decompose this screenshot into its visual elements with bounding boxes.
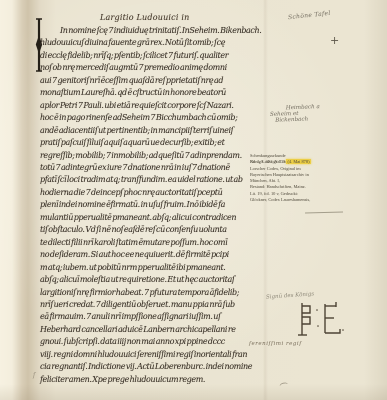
caption-line: Glöckner, Codex Laureshamensis,: [250, 197, 346, 203]
manuscript-line: monaſtium Laureſhā. qd ē cſtructū in hon…: [40, 88, 258, 100]
manuscript-line: m atq; iubem. ut pobitū nrm pperualitē i…: [40, 263, 258, 275]
manuscript-line: pratiſ paſcuiſ ſiluiſ aquiſ aquarū ue de…: [40, 138, 258, 150]
manuscript-line: te dilecti filii nrī karoli ſtatim ēmuta…: [40, 238, 258, 250]
manuscript-line: aui 7 genitoriſ nrī ēceſſim quaſdā reſ p…: [40, 76, 258, 88]
margin-note-line: Bickenbach: [275, 117, 320, 125]
manuscript-line: noſ ob nrę mercediſ augmtū 7 premedio an…: [40, 63, 258, 75]
pencil-left-margin-mark: ſ: [33, 372, 35, 379]
manuscript-line: pfatī ſcī loci tradim atq; tranſfundim. …: [40, 175, 258, 187]
manuscript-line: hodierna die 7 deincepſ phoc nrę auctori…: [40, 188, 258, 200]
book-page: Largitio Ludouuici in In nomine ſcę 7 in…: [0, 0, 387, 400]
printed-caption: SchenkungsurkundeKönig Ludwigs II. aus d…: [250, 153, 346, 166]
manuscript-line: aplor Petri 7 Pauli. ubi etiā requieſcit…: [40, 101, 258, 113]
manuscript-line: nrīſ ueri credat. 7 diligentiū obſeruet.…: [40, 300, 258, 312]
manuscript-line: viij. regni domni hludouuici ſereniſſimi…: [40, 350, 258, 362]
manuscript-line: gnoui. ſubſcripſi. data iiij non mai ann…: [40, 337, 258, 349]
manuscript-line: In nomine ſcę 7 indiuiduę trinitatiſ. In…: [40, 26, 258, 38]
pencil-underline: [305, 211, 343, 214]
manuscript-line: Heberhard cancellari aduicē Lanbern arch…: [40, 325, 258, 337]
manuscript-line: di ecclę fidelib; nrīſq; pſentib; ſcilic…: [40, 51, 258, 63]
manuscript-line: regreſſib; mobilib; 7 inmobilib; adqueſi…: [40, 151, 258, 163]
manuscript-line: largitioniſ nrę firmior habeat. 7 pfutur…: [40, 288, 258, 300]
manuscript-line: abſq; alicuī moleſtia ut requiretione. E…: [40, 275, 258, 287]
manuscript-line: no deſideram. Si aut hoc ee nequiuerit. …: [40, 250, 258, 262]
pencil-margin-note: Heimbach aSeheim etBickenbach: [270, 104, 321, 124]
manuscript-line: tiſ obſtaculo. Vd ſi nē noſ eaſdē reſ cū…: [40, 225, 258, 237]
manuscript-line: feliciter amen. Xpe prege hludouuicum re…: [40, 375, 258, 387]
pencil-cross-mark: +: [330, 34, 339, 47]
caption-reference: Bd. I, S. 321, Nr. 38: [250, 159, 286, 164]
manuscript-line: plenī indei nomine ēfirmatū. in uſuſ fru…: [40, 200, 258, 212]
manuscript-line: cia regnantiſ. Indictione vij. Actū Lobe…: [40, 362, 258, 374]
manuscript-rubric: Largitio Ludouuici in: [100, 13, 189, 22]
manuscript-line: hludouuicuſ diuina fauente grā rex. Notū…: [40, 38, 258, 50]
caption-last-line: Bd. I, S. 321, Nr. 38 (4. Mai 878): [250, 159, 346, 165]
manuscript-line: andē adiacentiiſ ut pertinentib; in manc…: [40, 126, 258, 138]
manuscript-line: totū 7 adintegrū ex iure 7 dnatione nrā …: [40, 163, 258, 175]
manuscript-line: hoc ē in pago rinenſe adSeheim 7 Bicchum…: [40, 113, 258, 125]
pencil-note-top-right: Schöne Tafel: [288, 10, 331, 21]
caption-date-highlight: (4. Mai 878): [286, 159, 310, 164]
manuscript-text: In nomine ſcę 7 indiuiduę trinitatiſ. In…: [40, 26, 258, 387]
monogram-subscript: ſereniſſimi regiſ: [249, 341, 302, 347]
royal-monogram-icon: [295, 300, 347, 340]
pencil-curve-mark: (: [277, 381, 288, 387]
manuscript-line: mulantiū pperualitē pmaneant. abſq; alic…: [40, 213, 258, 225]
manuscript-line: eā firmauim. 7 anuli nrī impſſione aſſig…: [40, 312, 258, 324]
